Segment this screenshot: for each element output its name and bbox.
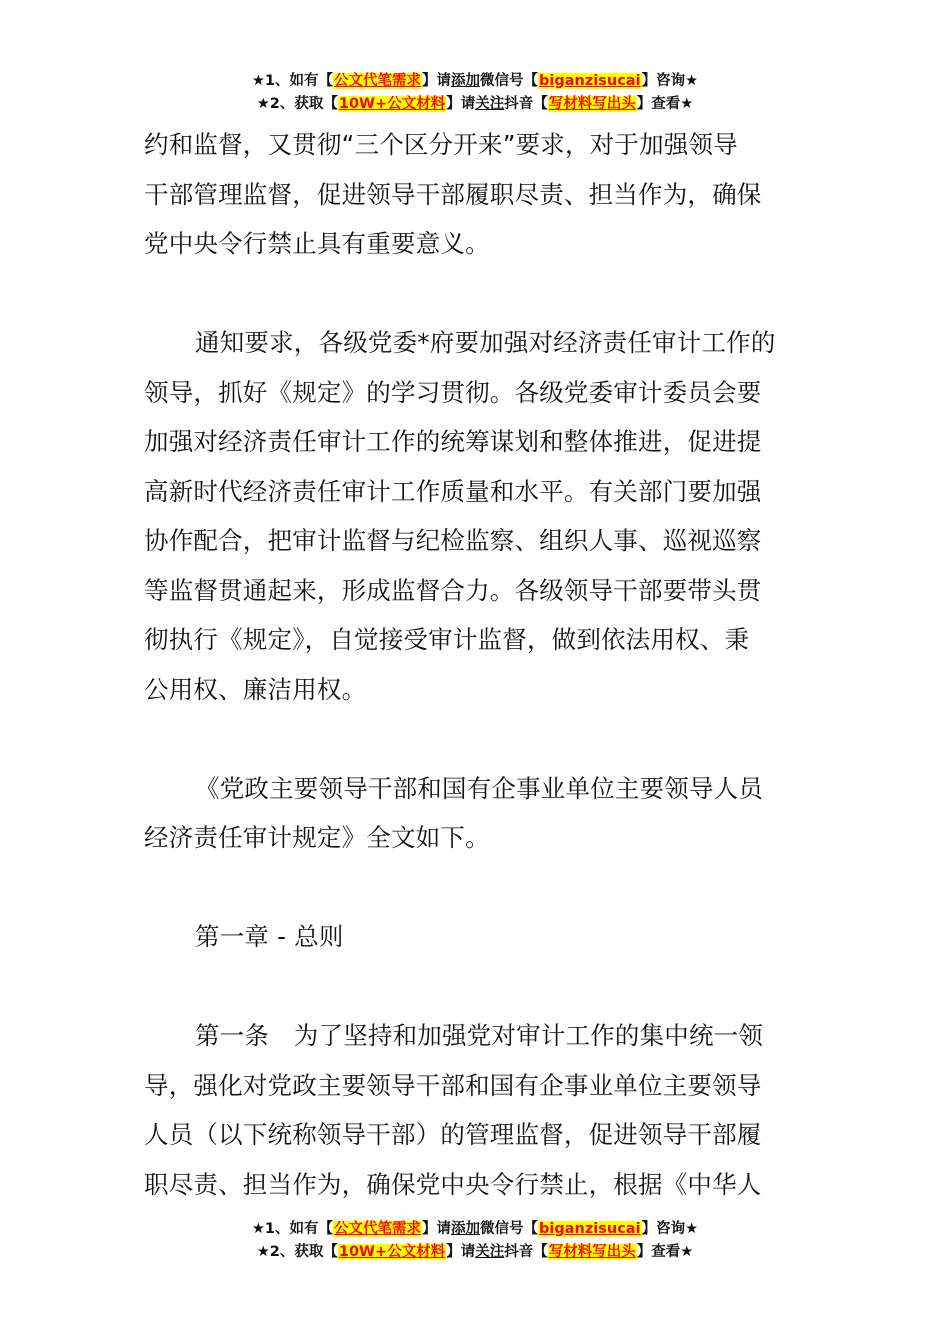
banner-text: ★1、如有【 — [252, 73, 333, 89]
document-body: 约和监督，又贯彻“三个区分开来”要求，对于加强领导 干部管理监督，促进领导干部履… — [144, 120, 808, 1209]
banner-text: 抖音【 — [504, 1244, 548, 1260]
text-line: 加强对经济责任审计工作的统筹谋划和整体推进，促进提 — [144, 427, 762, 456]
footer-banner-line-2: ★2、获取【10W+公文材料】请关注抖音【写材料写出头】查看★ — [0, 1241, 950, 1264]
underline-add: 添加 — [451, 73, 480, 89]
banner-text: 微信号【 — [480, 73, 538, 89]
banner-text: 】请 — [422, 1221, 451, 1237]
paragraph-2: 通知要求，各级党委*府要加强对经济责任审计工作的 领导，抓好《规定》的学习贯彻。… — [144, 318, 808, 714]
highlight-wechat-id: biganzisucai — [538, 73, 642, 89]
highlight-douyin-account: 写材料写出头 — [548, 96, 637, 112]
article-1: 第一条 为了坚持和加强党对审计工作的集中统一领 导，强化对党政主要领导干部和国有… — [144, 1011, 808, 1209]
highlight-ghostwriting: 公文代笔需求 — [333, 73, 422, 89]
banner-text: 微信号【 — [480, 1221, 538, 1237]
footer-banner: ★1、如有【公文代笔需求】请添加微信号【biganzisucai】咨询★ ★2、… — [0, 1218, 950, 1264]
banner-text: 抖音【 — [504, 96, 548, 112]
text-line: 领导，抓好《规定》的学习贯彻。各级党委审计委员会要 — [144, 378, 762, 407]
underline-add: 添加 — [451, 1221, 480, 1237]
highlight-douyin-account: 写材料写出头 — [548, 1244, 637, 1260]
text-line: 第一章 - 总则 — [195, 922, 344, 951]
chapter-heading: 第一章 - 总则 — [144, 912, 808, 962]
banner-text: 】请 — [446, 1244, 475, 1260]
underline-follow: 关注 — [475, 1244, 504, 1260]
text-line: 职尽责、担当作为，确保党中央令行禁止，根据《中华人 — [144, 1170, 762, 1199]
header-banner-line-2: ★2、获取【10W+公文材料】请关注抖音【写材料写出头】查看★ — [0, 93, 950, 116]
text-line: 干部管理监督，促进领导干部履职尽责、担当作为，确保 — [144, 180, 762, 209]
text-line: 彻执行《规定》，自觉接受审计监督，做到依法用权、秉 — [144, 625, 749, 654]
highlight-materials: 10W+公文材料 — [338, 1244, 446, 1260]
banner-text: ★2、获取【 — [257, 1244, 338, 1260]
banner-text: 】咨询★ — [642, 73, 699, 89]
text-line: 党中央令行禁止具有重要意义。 — [144, 229, 490, 258]
banner-text: 】咨询★ — [642, 1221, 699, 1237]
paragraph-1: 约和监督，又贯彻“三个区分开来”要求，对于加强领导 干部管理监督，促进领导干部履… — [144, 120, 808, 269]
text-line: 导，强化对党政主要领导干部和国有企事业单位主要领导 — [144, 1071, 762, 1100]
text-line: 高新时代经济责任审计工作质量和水平。有关部门要加强 — [144, 477, 762, 506]
text-line: 约和监督，又贯彻“三个区分开来”要求，对于加强领导 — [144, 130, 738, 159]
text-line: 人员（以下统称领导干部）的管理监督，促进领导干部履 — [144, 1120, 762, 1149]
footer-banner-line-1: ★1、如有【公文代笔需求】请添加微信号【biganzisucai】咨询★ — [0, 1218, 950, 1241]
text-line: 《党政主要领导干部和国有企事业单位主要领导人员 — [195, 774, 763, 803]
text-line: 等监督贯通起来，形成监督合力。各级领导干部要带头贯 — [144, 576, 762, 605]
text-line: 协作配合，把审计监督与纪检监察、组织人事、巡视巡察 — [144, 526, 762, 555]
banner-text: 】查看★ — [637, 96, 694, 112]
header-banner-line-1: ★1、如有【公文代笔需求】请添加微信号【biganzisucai】咨询★ — [0, 70, 950, 93]
highlight-materials: 10W+公文材料 — [338, 96, 446, 112]
banner-text: 】请 — [446, 96, 475, 112]
text-line: 公用权、廉洁用权。 — [144, 675, 366, 704]
banner-text: 】请 — [422, 73, 451, 89]
paragraph-3: 《党政主要领导干部和国有企事业单位主要领导人员 经济责任审计规定》全文如下。 — [144, 764, 808, 863]
banner-text: 】查看★ — [637, 1244, 694, 1260]
highlight-ghostwriting: 公文代笔需求 — [333, 1221, 422, 1237]
underline-follow: 关注 — [475, 96, 504, 112]
text-line: 第一条 为了坚持和加强党对审计工作的集中统一领 — [195, 1021, 763, 1050]
highlight-wechat-id: biganzisucai — [538, 1221, 642, 1237]
banner-text: ★2、获取【 — [257, 96, 338, 112]
banner-text: ★1、如有【 — [252, 1221, 333, 1237]
text-line: 经济责任审计规定》全文如下。 — [144, 823, 490, 852]
header-banner: ★1、如有【公文代笔需求】请添加微信号【biganzisucai】咨询★ ★2、… — [0, 70, 950, 116]
text-line: 通知要求，各级党委*府要加强对经济责任审计工作的 — [195, 328, 776, 357]
